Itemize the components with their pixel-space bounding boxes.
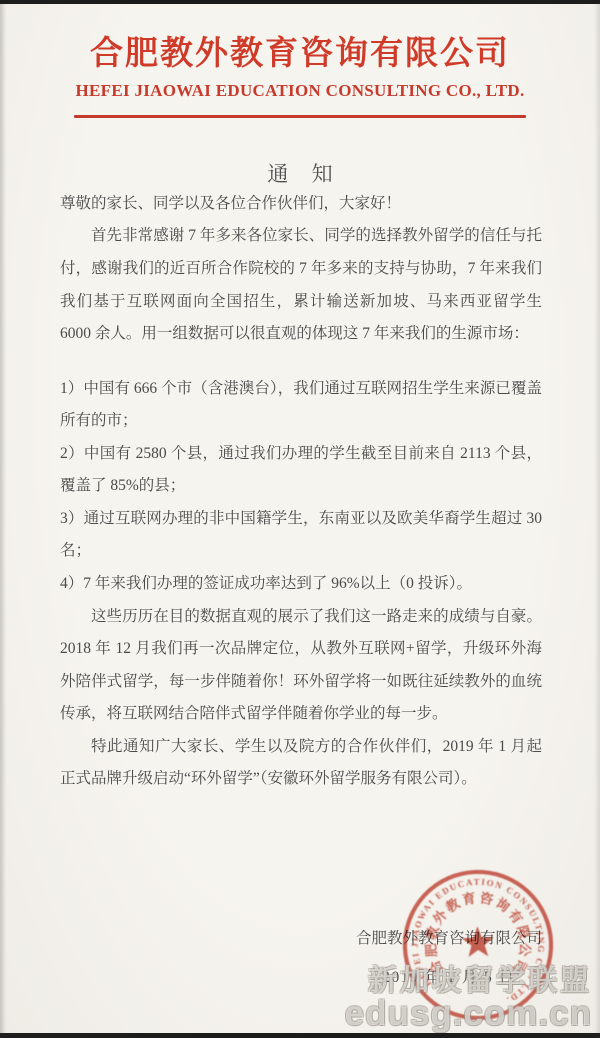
site-watermark: 新加坡留学联盟 edusg.com.cn [345, 967, 592, 1032]
summary-paragraph: 这些历历在目的数据直观的展示了我们这一路走来的成绩与自豪。2018 年 12 月… [60, 601, 542, 731]
notice-title: 通 知 [0, 158, 600, 188]
stats-list-item: 4）7 年来我们办理的签证成功率达到了 96%以上（0 投诉）。 [60, 568, 542, 601]
stats-list-item: 1）中国有 666 个市（含港澳台），我们通过互联网招生学生来源已覆盖所有的市； [60, 373, 542, 438]
notice-document: 合肥教外教育咨询有限公司 HEFEI JIAOWAI EDUCATION CON… [0, 0, 600, 1038]
watermark-site-name: 新加坡留学联盟 [345, 967, 592, 997]
company-name-en: HEFEI JIAOWAI EDUCATION CONSULTING CO., … [0, 81, 600, 101]
announcement-paragraph: 特此通知广大家长、学生以及院方的合作伙伴们，2019 年 1 月起正式品牌升级启… [60, 731, 542, 796]
stats-list: 1）中国有 666 个市（含港澳台），我们通过互联网招生学生来源已覆盖所有的市；… [60, 373, 542, 601]
notice-body: 尊敬的家长、同学以及各位合作伙伴们，大家好！ 首先非常感谢 7 年多来各位家长、… [60, 188, 542, 796]
watermark-site-url: edusg.com.cn [345, 996, 592, 1032]
scan-edge-bottom [0, 1033, 600, 1038]
stats-list-item: 2）中国有 2580 个县，通过我们办理的学生截至目前来自 2113 个县，覆盖… [60, 438, 542, 503]
greeting-line: 尊敬的家长、同学以及各位合作伙伴们，大家好！ [60, 188, 542, 221]
letterhead: 合肥教外教育咨询有限公司 HEFEI JIAOWAI EDUCATION CON… [0, 0, 600, 118]
letterhead-divider [74, 115, 526, 118]
seal-star-icon [461, 926, 494, 958]
intro-paragraph: 首先非常感谢 7 年多来各位家长、同学的选择教外留学的信任与托付，感谢我们的近百… [60, 220, 542, 350]
company-name-cn: 合肥教外教育咨询有限公司 [0, 36, 600, 74]
scan-edge-top [0, 0, 600, 4]
stats-list-item: 3）通过互联网办理的非中国籍学生，东南亚以及欧美华裔学生超过 30 名； [60, 503, 542, 568]
